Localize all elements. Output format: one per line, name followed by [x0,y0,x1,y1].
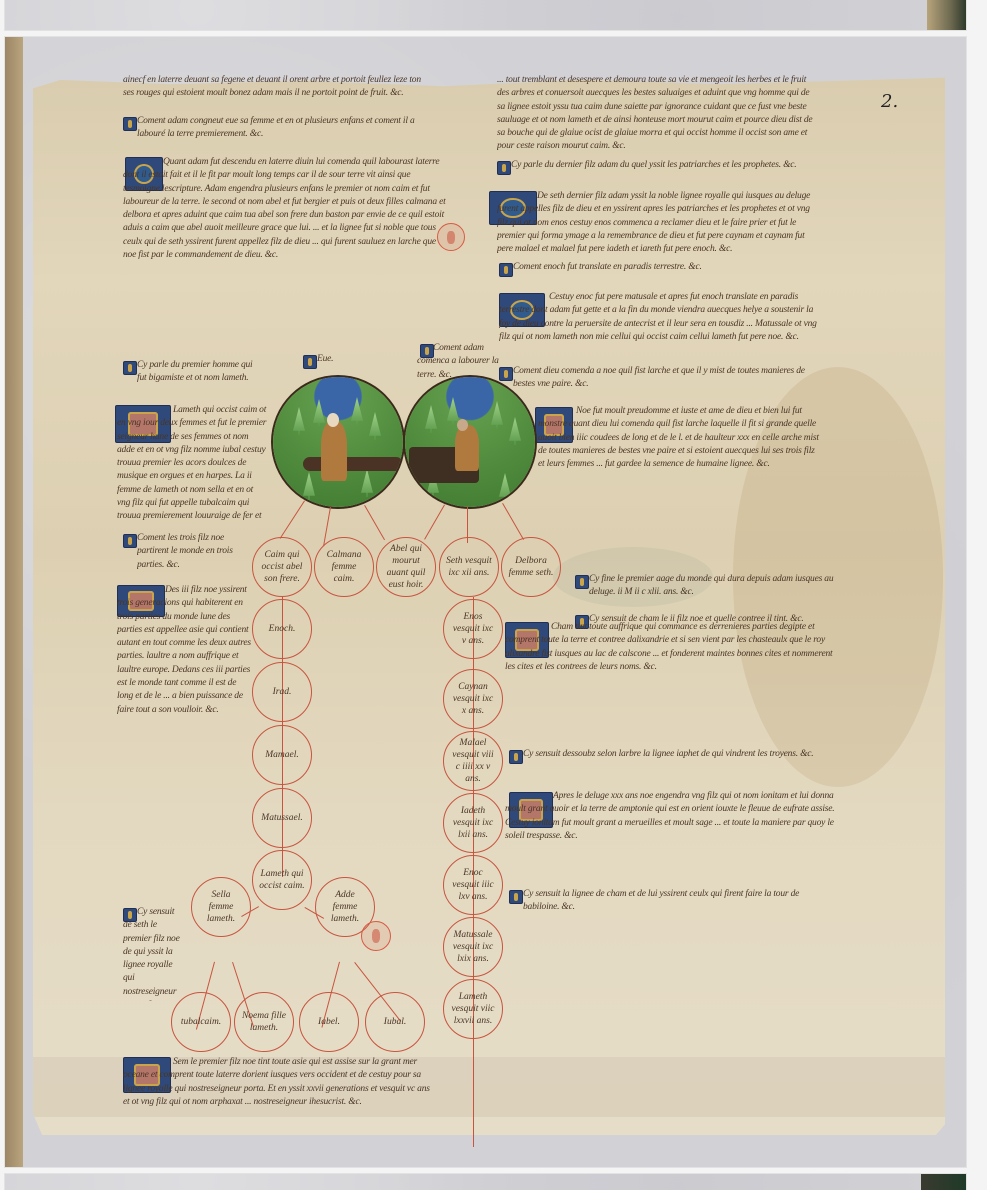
genealogy-node-cain: Caim qui occist abel son frere. [252,537,312,597]
tree-icon [369,412,381,440]
tree-icon [499,473,511,501]
rubric-initial-icon [575,575,589,589]
previous-page-image[interactable] [5,0,966,30]
page-edge-fragment [927,0,966,30]
text-block: Lameth qui occist caim ot en vng iour de… [117,404,267,524]
genealogy-node-irad: Irad. [252,662,312,722]
genealogy-node-enoch: Enoch. [252,599,312,659]
rubric-heading: Cy fine le premier aage du monde qui dur… [589,573,834,601]
genealogy-node-tubalcain: tubalcaim. [171,992,231,1052]
text-block: Sem le premier filz noe tint toute asie … [123,1056,433,1136]
eve-head [327,413,339,427]
page-edge-fragment [921,1174,966,1190]
genealogy-node-jabel: Iabel. [299,992,359,1052]
tree-icon [303,472,315,500]
genealogy-node-seth: Seth vesquit ixc xii ans. [439,537,499,597]
genealogy-node-sella: Sella femme lameth. [191,877,251,937]
genealogy-node-methuselah: Matussale vesquit ixc lxix ans. [443,917,503,977]
log [303,457,403,471]
rubric-heading: Cy parle du premier homme qui fut bigami… [137,359,262,387]
binding-strip [5,37,23,1167]
text-block: De seth dernier filz adam yssit la noble… [497,190,819,260]
genealogy-node-caynan: Caynan vesquit ixc x ans. [443,669,503,729]
rubric-initial-icon [509,750,523,764]
rubric-initial-icon [123,361,137,375]
genealogy-node-lamech-seth: Lameth vesquit viic lxxvii ans. [443,979,503,1039]
text-block: Cham tint toute auffrique qui commance e… [505,621,835,733]
rubric-heading: Coment dieu comenda a noe quil fist larc… [513,365,823,393]
miniature-caption-eve: Eue. [317,353,357,366]
text-block: ... tout tremblant et desespere et demou… [497,74,817,154]
folio-number: 2. [881,91,898,112]
miniature-adam-digging [405,377,535,507]
genealogy-node-delbora: Delbora femme seth. [501,537,561,597]
rubric-heading: Cy sensuit la lignee de cham et de lui y… [523,888,833,916]
rubric-initial-icon [497,161,511,175]
tree-icon [509,417,521,445]
genealogy-node-calmana: Calmana femme caim. [314,537,374,597]
eve-figure [321,421,347,481]
rubric-initial-icon [509,890,523,904]
adam-head [457,419,468,431]
adam-figure [455,425,479,471]
rubric-heading: Cy parle du dernier filz adam du quel ys… [511,159,831,174]
genealogy-node-enoch-seth: Enoc vesquit iiic lxv ans. [443,855,503,915]
rubric-heading: Cy sensuit dessoubz selon larbre la lign… [523,748,833,763]
rubric-initial-icon [303,355,317,369]
genealogy-node-enos: Enos vesquit ixc v ans. [443,599,503,659]
miniature-eve-spinning [273,377,403,507]
text-block: Noe fut moult preudomme et iuste et ame … [538,405,823,517]
text-block: Des iii filz noe yssirent trois generaci… [117,584,252,884]
rubric-heading: Cy sensuit de seth le premier filz noe d… [123,906,185,1001]
rubric-heading: Coment les trois filz noe partirent le m… [137,532,252,572]
miniature-caption-adam: Coment adam comenca a labourer la terre.… [417,342,502,382]
genealogy-node-lamech-cain: Lameth qui occist caim. [252,850,312,910]
library-stamp-icon [361,921,391,951]
rubric-heading: Coment enoch fut translate en paradis te… [513,261,813,276]
library-stamp-icon [437,223,465,251]
tree-icon [425,405,437,433]
tree-icon [491,401,503,429]
rubric-initial-icon [123,534,137,548]
rubric-heading: Coment adam congneut eue sa femme et en … [137,115,437,143]
rubric-initial-icon [123,117,137,131]
tree-icon [293,407,305,435]
rubric-initial-icon [499,263,513,277]
tree-icon [351,397,363,425]
text-block: Cestuy enoc fut pere matusale et apres f… [499,291,821,361]
text-block: Apres le deluge xxx ans noe engendra vng… [505,790,835,890]
genealogy-node-jared: Iadeth vesquit ixc lxii ans. [443,793,503,853]
current-page-image[interactable]: 2. ainecf en laterre deuant sa fegene et… [5,37,966,1167]
text-block: ainecf en laterre deuant sa fegene et de… [123,74,423,102]
genealogy-node-matussael: Matussael. [252,788,312,848]
genealogy-node-jubal: Iubal. [365,992,425,1052]
tree-icon [313,399,325,427]
backing-paper [5,0,966,30]
genealogy-node-abel: Abel qui mourut auant quil eust hoir. [376,537,436,597]
tree-icon [361,469,373,497]
text-block: Quant adam fut descendu en laterre diuin… [123,156,448,356]
genealogy-node-mamael: Mamael. [252,725,312,785]
next-page-image[interactable] [5,1174,966,1190]
genealogy-node-malael: Malael vesquit viii c iiii xx v ans. [443,731,503,791]
genealogy-node-noema: Noema fille lameth. [234,992,294,1052]
backing-paper [5,1174,966,1190]
